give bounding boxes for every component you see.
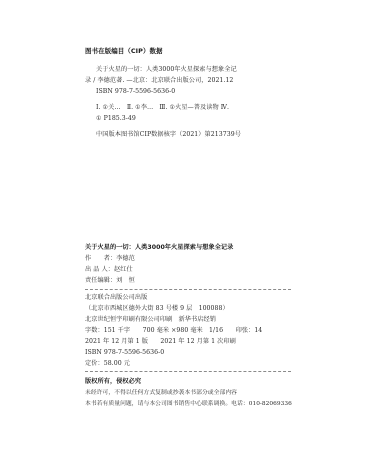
address-line: （北京市西城区德外大街 83 号楼 9 层 100088）: [85, 305, 229, 313]
author-line: 作 者：李德范: [85, 255, 135, 263]
editor-line: 责任编辑：刘 恒: [85, 277, 135, 285]
edition-line: 2021 年 12 月第 1 版 2021 年 12 月第 1 次印刷: [85, 338, 236, 346]
copyright-page: 图书在版编目（CIP）数据 关于火星的一切：人类3000年火星探索与想象全记 录…: [0, 0, 375, 469]
cip-classification-2: ① P185.3-49: [96, 115, 136, 123]
rights-heading: 版权所有，侵权必究: [85, 378, 141, 386]
cip-record-number: 中国版本图书馆CIP数据核字（2021）第213739号: [96, 131, 241, 139]
cip-line-1: 关于火星的一切：人类3000年火星探索与想象全记: [96, 66, 237, 74]
divider-dashed-2: [85, 371, 291, 372]
cip-isbn: ISBN 978-7-5596-5636-0: [96, 88, 175, 96]
cip-line-2: 录 / 李德范著. —北京：北京联合出版公司，2021.12: [85, 77, 233, 85]
price-line: 定价：58.00 元: [85, 360, 130, 368]
isbn-line: ISBN 978-7-5596-5636-0: [85, 349, 164, 357]
book-title: 关于火星的一切：人类3000年火星探索与想象全记录: [85, 244, 233, 252]
specs-line: 字数：151 千字 700 毫米 ×980 毫米 1/16 印张：14: [85, 327, 262, 335]
cip-heading: 图书在版编目（CIP）数据: [85, 47, 163, 55]
cip-classification-1: Ⅰ. ①关… Ⅱ. ①李… Ⅲ. ①火星—普及读物 Ⅳ.: [96, 104, 229, 112]
publisher-line: 北京联合出版公司出版: [85, 294, 147, 302]
producer-line: 出 品 人：赵红仕: [85, 266, 133, 274]
rights-line-1: 未经许可，不得以任何方式复制或抄袭本书部分或全部内容: [85, 389, 237, 397]
rights-line-2: 本书若有质量问题，请与本公司图书销售中心联系调换。电话：010-82069336: [85, 400, 292, 408]
printer-line: 北京世纪恒宇印刷有限公司印刷 新华书店经销: [85, 316, 216, 324]
divider-dashed-1: [85, 289, 291, 290]
